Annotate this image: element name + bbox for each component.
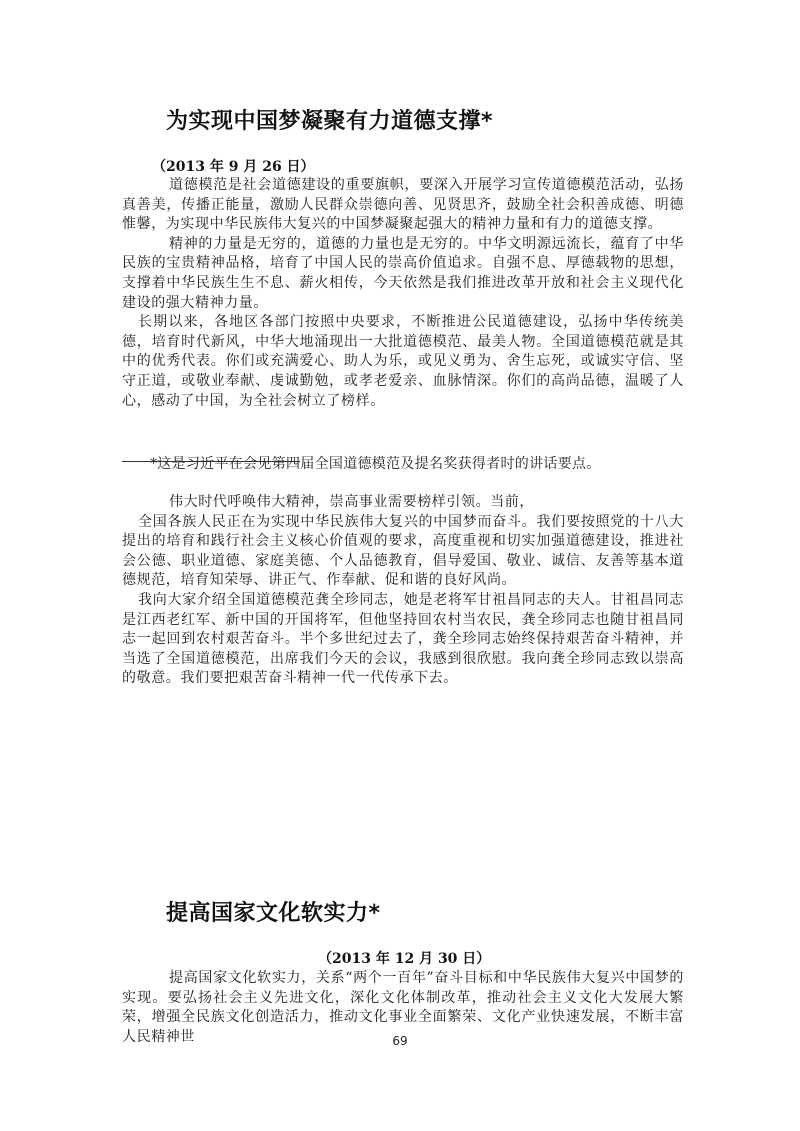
page-number: 69 (0, 1034, 800, 1048)
paragraph: 道德模范是社会道德建设的重要旗帜，要深入开展学习宣传道德模范活动，弘扬真善美，传… (122, 176, 684, 235)
section-date: （2013 年 12 月 30 日） (318, 948, 490, 968)
footnote: *这是习近平在会见第四届全国道德模范及提名奖获得者时的讲话要点。 (150, 453, 601, 473)
section-title: 为实现中国梦凝聚有力道德支撑* (166, 104, 493, 135)
document-page: 为实现中国梦凝聚有力道德支撑* （2013 年 9 月 26 日） 道德模范是社… (0, 0, 800, 1131)
section-body-continued: 伟大时代呼唤伟大精神，崇高事业需要榜样引领。当前， 全国各族人民正在为实现中华民… (122, 493, 684, 689)
paragraph: 全国各族人民正在为实现中华民族伟大复兴的中国梦而奋斗。我们要按照党的十八大提出的… (122, 513, 684, 591)
paragraph: 伟大时代呼唤伟大精神，崇高事业需要榜样引领。当前， (122, 493, 684, 513)
section-date: （2013 年 9 月 26 日） (152, 156, 315, 176)
paragraph: 我向大家介绍全国道德模范龚全珍同志，她是老将军甘祖昌同志的夫人。甘祖昌同志是江西… (122, 591, 684, 689)
section-body: 道德模范是社会道德建设的重要旗帜，要深入开展学习宣传道德模范活动，弘扬真善美，传… (122, 176, 684, 411)
paragraph: 长期以来，各地区各部门按照中央要求，不断推进公民道德建设，弘扬中华传统美德，培育… (122, 313, 684, 411)
section-title: 提高国家文化软实力* (166, 896, 381, 927)
paragraph: 精神的力量是无穷的，道德的力量也是无穷的。中华文明源远流长，蕴育了中华民族的宝贵… (122, 235, 684, 313)
